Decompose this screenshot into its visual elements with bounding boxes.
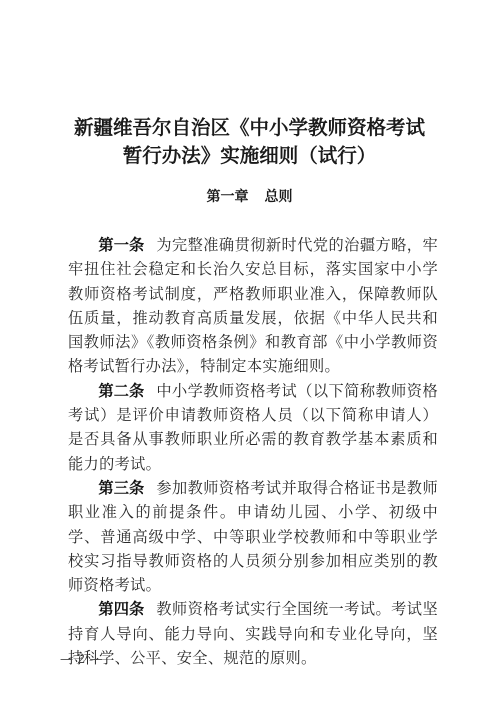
article-label: 第二条 [98, 382, 144, 400]
article-label: 第一条 [98, 236, 144, 254]
article-label: 第四条 [98, 600, 144, 618]
article-text: 为完整准确贯彻新时代党的治疆方略，牢牢扭住社会稳定和长治久安总目标，落实国家中小… [68, 236, 438, 375]
article-paragraph: 第三条参加教师资格考试并取得合格证书是教师职业准入的前提条件。申请幼儿园、小学、… [68, 476, 438, 597]
chapter-name: 总则 [265, 189, 293, 205]
chapter-number: 第一章 [207, 189, 249, 205]
document-body: 第一条为完整准确贯彻新时代党的治疆方略，牢牢扭住社会稳定和长治久安总目标，落实国… [68, 233, 438, 670]
article-label: 第三条 [98, 479, 144, 497]
article-paragraph: 第二条中小学教师资格考试（以下简称教师资格考试）是评价申请教师资格人员（以下简称… [68, 379, 438, 476]
article-paragraph: 第四条教师资格考试实行全国统一考试。考试坚持育人导向、能力导向、实践导向和专业化… [68, 597, 438, 670]
document-page: 新疆维吾尔自治区《中小学教师资格考试 暂行办法》实施细则（试行） 第一章总则 第… [0, 0, 499, 705]
document-title-line-2: 暂行办法》实施细则（试行） [0, 140, 499, 168]
chapter-heading: 第一章总则 [0, 186, 499, 206]
document-title-line-1: 新疆维吾尔自治区《中小学教师资格考试 [0, 112, 499, 140]
article-paragraph: 第一条为完整准确贯彻新时代党的治疆方略，牢牢扭住社会稳定和长治久安总目标，落实国… [68, 233, 438, 379]
page-number: — 2 — [60, 652, 103, 667]
